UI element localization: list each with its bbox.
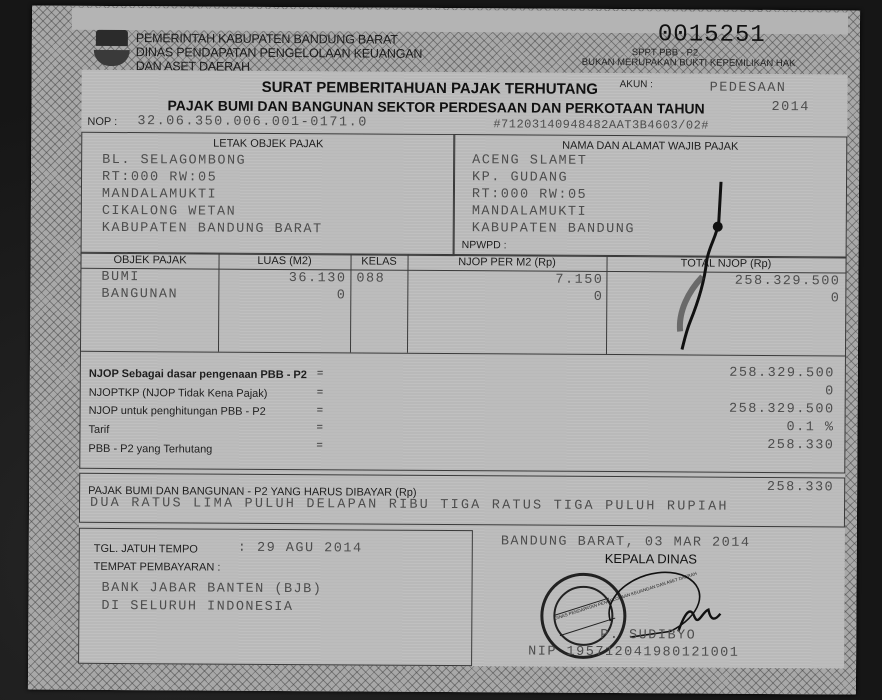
taxpayer-heading: NAMA DAN ALAMAT WAJIB PAJAK	[454, 139, 846, 153]
calc-label-njop-dasar: NJOP Sebagai dasar pengenaan PBB - P2	[89, 368, 307, 381]
payable-section: PAJAK BUMI DAN BANGUNAN - P2 YANG HARUS …	[79, 473, 845, 528]
document-number: 0015251	[658, 21, 766, 49]
ownership-disclaimer: BUKAN MERUPAKAN BUKTI KEPEMILIKAN HAK	[582, 57, 796, 69]
row-bumi-njop-per-m2: 7.150	[407, 272, 603, 288]
object-table: OBJEK PAJAK LUAS (M2) KELAS NJOP PER M2 …	[80, 252, 847, 357]
tax-notice-document: PEMERINTAH KABUPATEN BANDUNG BARAT DINAS…	[28, 5, 860, 694]
row-bangunan-luas: 0	[218, 288, 346, 304]
taxpayer-box: NAMA DAN ALAMAT WAJIB PAJAK ACENG SLAMET…	[453, 134, 848, 258]
payment-place-line: DI SELURUH INDONESIA	[101, 599, 293, 615]
col-header-njop-per-m2: NJOP PER M2 (Rp)	[408, 256, 607, 269]
row-bumi-objek: BUMI	[101, 270, 139, 285]
row-bumi-luas: 36.130	[218, 271, 346, 287]
calc-eq: =	[316, 421, 323, 433]
location-line: RT:000 RW:05	[102, 170, 217, 186]
col-header-objek: OBJEK PAJAK	[82, 254, 219, 267]
place-date: BANDUNG BARAT, 03 MAR 2014	[501, 534, 751, 551]
payable-in-words: DUA RATUS LIMA PULUH DELAPAN RIBU TIGA R…	[90, 496, 729, 515]
signatory-name: P. SUDIBYO	[600, 628, 696, 644]
calc-value-njop-dasar: 258.329.500	[581, 365, 835, 382]
due-date-value: : 29 AGU 2014	[238, 541, 363, 557]
location-line: MANDALAMUKTI	[102, 187, 217, 203]
tax-year: 2014	[771, 100, 809, 115]
calc-value-njop-hitung: 258.329.500	[581, 401, 835, 418]
taxpayer-line: ACENG SLAMET	[472, 153, 587, 169]
col-header-kelas: KELAS	[351, 255, 408, 267]
calc-label-tarif: Tarif	[88, 424, 109, 436]
calc-eq: =	[316, 439, 323, 451]
signatory-nip: NIP 195712041980121001	[528, 645, 739, 661]
nop-value: 32.06.350.006.001-0171.0	[137, 114, 368, 130]
row-bangunan-objek: BANGUNAN	[101, 287, 178, 302]
reference-code: #71203140948482AAT3B4603/02#	[493, 117, 709, 132]
object-location-heading: LETAK OBJEK PAJAK	[82, 137, 454, 151]
nop-label: NOP :	[87, 116, 117, 128]
payable-amount: 258.330	[580, 479, 834, 496]
col-header-luas: LUAS (M2)	[219, 255, 351, 268]
object-location-box: LETAK OBJEK PAJAK BL. SELAGOMBONG RT:000…	[81, 132, 456, 256]
payment-place-label: TEMPAT PEMBAYARAN :	[94, 561, 221, 574]
calc-eq: =	[317, 404, 324, 416]
npwpd-label: NPWPD :	[462, 239, 507, 251]
location-line: CIKALONG WETAN	[102, 204, 237, 220]
calc-label-njoptkp: NJOPTKP (NJOP Tidak Kena Pajak)	[89, 387, 268, 400]
calc-value-tarif: 0.1 %	[580, 419, 834, 436]
calc-label-pbb-terhutang: PBB - P2 yang Terhutang	[88, 443, 212, 456]
akun-value: PEDESAAN	[710, 81, 787, 96]
ink-stain-icon	[668, 181, 729, 351]
regency-logo-icon	[94, 30, 130, 74]
payment-info-box: TGL. JATUH TEMPO : 29 AGU 2014 TEMPAT PE…	[78, 528, 473, 666]
location-line: BL. SELAGOMBONG	[102, 153, 246, 169]
taxpayer-line: RT:000 RW:05	[472, 187, 587, 203]
due-date-label: TGL. JATUH TEMPO	[94, 543, 198, 556]
payment-place-line: BANK JABAR BANTEN (BJB)	[101, 581, 322, 597]
row-bangunan-njop-per-m2: 0	[407, 289, 603, 305]
calc-eq: =	[317, 386, 324, 398]
akun-label: AKUN :	[620, 79, 653, 90]
calc-value-pbb-terhutang: 258.330	[580, 437, 834, 454]
taxpayer-line: KP. GUDANG	[472, 170, 568, 186]
taxpayer-line: KABUPATEN BANDUNG	[472, 221, 635, 237]
taxpayer-line: MANDALAMUKTI	[472, 204, 587, 220]
signature-block: BANDUNG BARAT, 03 MAR 2014 KEPALA DINAS …	[470, 530, 843, 666]
calc-eq: =	[317, 367, 324, 379]
form-title: SURAT PEMBERITAHUAN PAJAK TERHUTANG	[262, 79, 598, 98]
location-line: KABUPATEN BANDUNG BARAT	[102, 221, 323, 237]
calc-label-njop-hitung: NJOP untuk penghitungan PBB - P2	[89, 405, 266, 418]
row-bumi-kelas: 088	[356, 271, 385, 286]
form-subtitle: PAJAK BUMI DAN BANGUNAN SEKTOR PERDESAAN…	[167, 97, 704, 116]
form-body: SURAT PEMBERITAHUAN PAJAK TERHUTANG AKUN…	[78, 70, 848, 669]
calculation-section: NJOP Sebagai dasar pengenaan PBB - P2 = …	[79, 350, 846, 474]
calc-value-njoptkp: 0	[581, 383, 835, 400]
